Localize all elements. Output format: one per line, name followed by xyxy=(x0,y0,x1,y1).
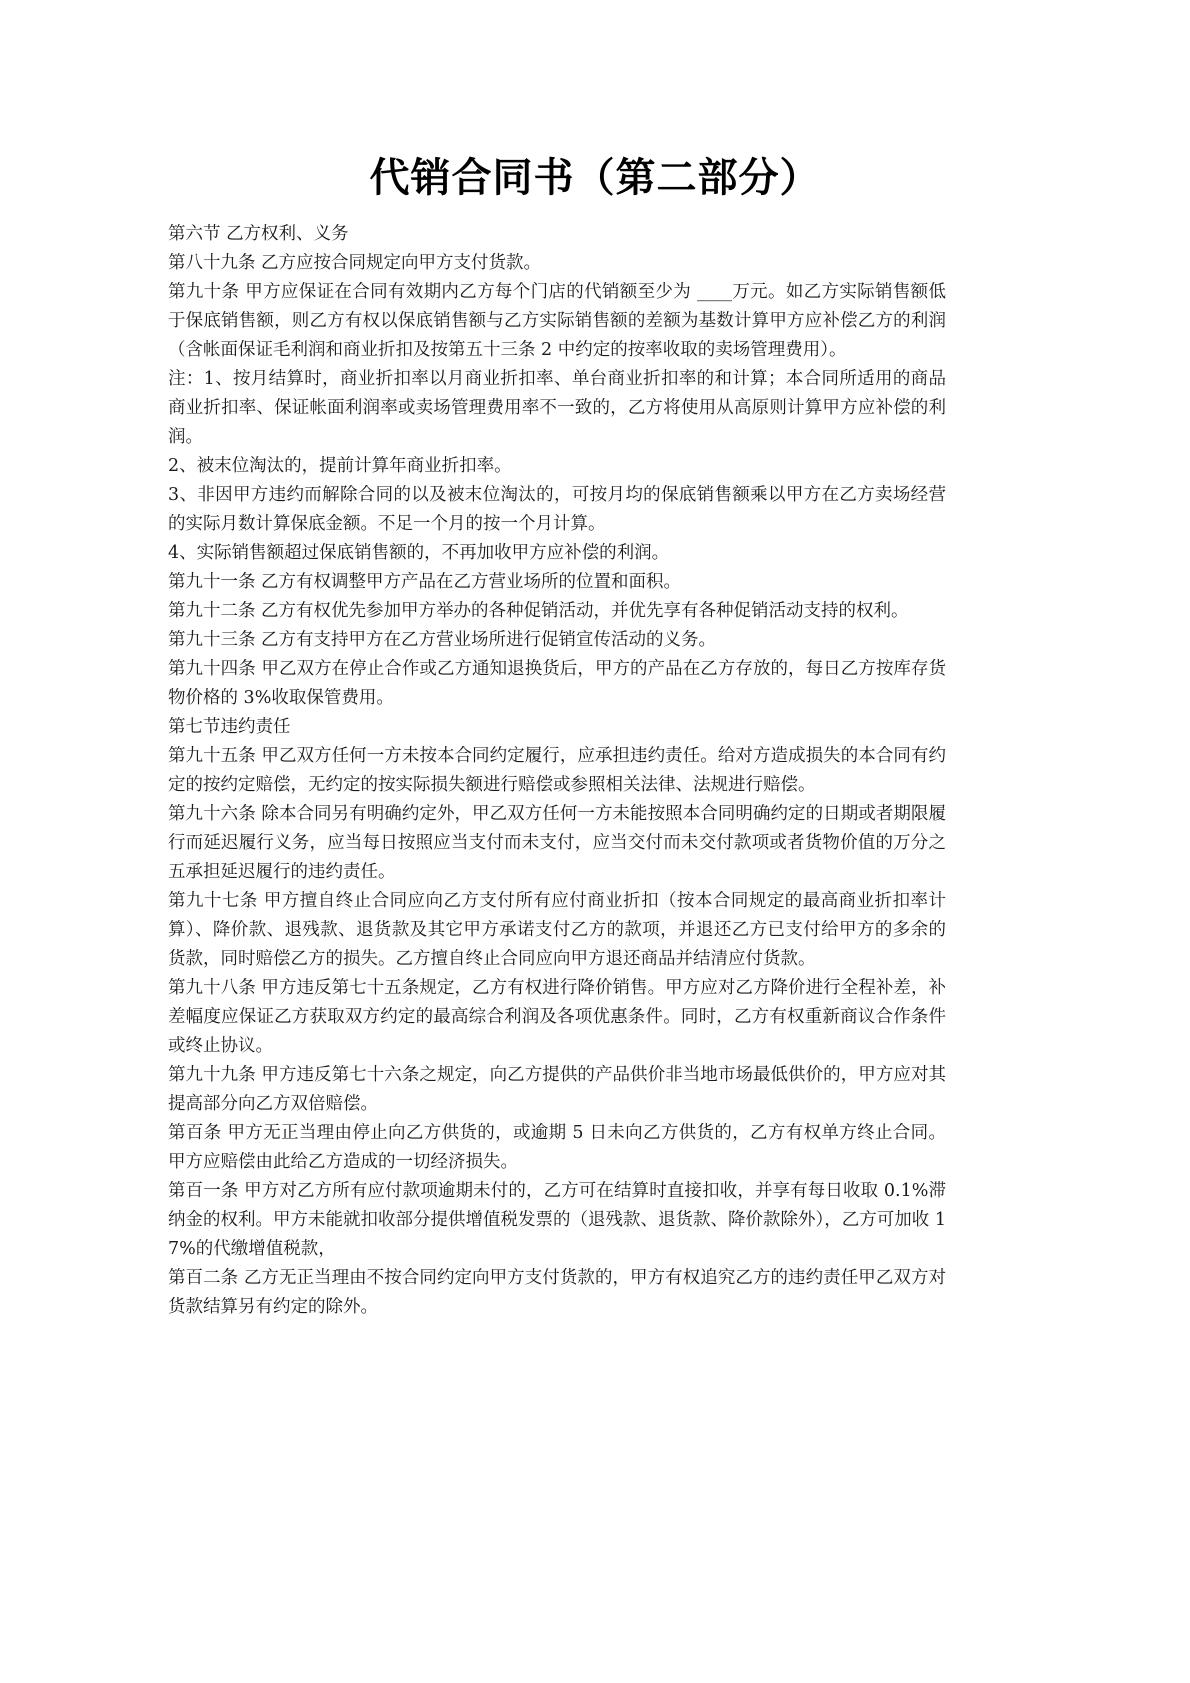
article-93: 第九十三条 乙方有支持甲方在乙方营业场所进行促销宣传活动的义务。 xyxy=(168,626,946,655)
article-100: 第百条 甲方无正当理由停止向乙方供货的，或逾期 5 日未向乙方供货的，乙方有权单… xyxy=(168,1119,946,1177)
article-94: 第九十四条 甲乙双方在停止合作或乙方通知退换货后，甲方的产品在乙方存放的，每日乙… xyxy=(168,655,946,713)
article-99: 第九十九条 甲方违反第七十六条之规定，向乙方提供的产品供价非当地市场最低供价的，… xyxy=(168,1061,946,1119)
article-97: 第九十七条 甲方擅自终止合同应向乙方支付所有应付商业折扣（按本合同规定的最高商业… xyxy=(168,887,946,974)
section-heading-6: 第六节 乙方权利、义务 xyxy=(168,220,946,249)
article-89: 第八十九条 乙方应按合同规定向甲方支付货款。 xyxy=(168,249,946,278)
article-98: 第九十八条 甲方违反第七十五条规定，乙方有权进行降价销售。甲方应对乙方降价进行全… xyxy=(168,974,946,1061)
document-page: 代销合同书（第二部分） 第六节 乙方权利、义务 第八十九条 乙方应按合同规定向甲… xyxy=(0,0,1190,1683)
article-101: 第百一条 甲方对乙方所有应付款项逾期未付的，乙方可在结算时直接扣收，并享有每日收… xyxy=(168,1177,946,1264)
article-96: 第九十六条 除本合同另有明确约定外，甲乙双方任何一方未能按照本合同明确约定的日期… xyxy=(168,800,946,887)
article-91: 第九十一条 乙方有权调整甲方产品在乙方营业场所的位置和面积。 xyxy=(168,568,946,597)
note-3: 3、非因甲方违约而解除合同的以及被末位淘汰的，可按月均的保底销售额乘以甲方在乙方… xyxy=(168,481,946,539)
section-heading-7: 第七节违约责任 xyxy=(168,713,946,742)
article-95: 第九十五条 甲乙双方任何一方未按本合同约定履行，应承担违约责任。给对方造成损失的… xyxy=(168,742,946,800)
article-92: 第九十二条 乙方有权优先参加甲方举办的各种促销活动，并优先享有各种促销活动支持的… xyxy=(168,597,946,626)
note-1: 注：1、按月结算时，商业折扣率以月商业折扣率、单台商业折扣率的和计算；本合同所适… xyxy=(168,365,946,452)
article-102: 第百二条 乙方无正当理由不按合同约定向甲方支付货款的，甲方有权追究乙方的违约责任… xyxy=(168,1264,946,1322)
article-90: 第九十条 甲方应保证在合同有效期内乙方每个门店的代销额至少为 ____万元。如乙… xyxy=(168,278,946,365)
document-body: 第六节 乙方权利、义务 第八十九条 乙方应按合同规定向甲方支付货款。 第九十条 … xyxy=(168,220,946,1322)
note-2: 2、被末位淘汰的，提前计算年商业折扣率。 xyxy=(168,452,946,481)
document-title: 代销合同书（第二部分） xyxy=(0,150,1190,206)
note-4: 4、实际销售额超过保底销售额的，不再加收甲方应补偿的利润。 xyxy=(168,539,946,568)
